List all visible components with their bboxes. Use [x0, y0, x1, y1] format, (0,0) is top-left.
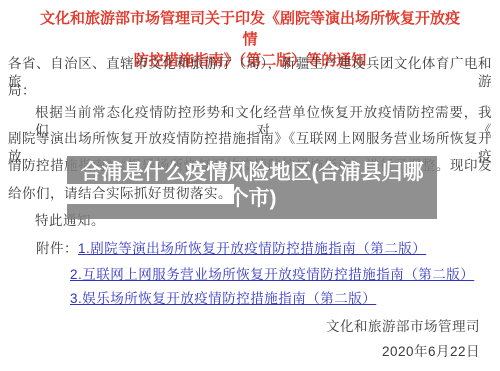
- notice-page: 文化和旅游部市场管理司关于印发《剧院等演出场所恢复开放疫情 防控措施指南》（第二…: [0, 0, 500, 371]
- attachment-link-1[interactable]: 1.剧院等演出场所恢复开放疫情防控措施指南（第二版）: [78, 241, 426, 256]
- attachment-link-2[interactable]: 2.互联网上网服务营业场所恢复开放疫情防控措施指南（第二版）: [70, 267, 474, 282]
- body-line-4-text: 给你们，请结合实际抓好贯彻落实。: [8, 184, 234, 204]
- attachments-row-1: 附件：1.剧院等演出场所恢复开放疫情防控措施指南（第二版）: [8, 240, 492, 258]
- signature-org: 文化和旅游部市场管理司: [8, 318, 492, 336]
- attachments-row-3: 3.娱乐场所恢复开放疫情防控措施指南（第二版）: [8, 290, 492, 308]
- overlay-text-line-1: 合浦是什么疫情风险地区(合浦县归哪: [67, 160, 437, 186]
- title-line-1: 文化和旅游部市场管理司关于印发《剧院等演出场所恢复开放疫情: [40, 8, 460, 50]
- salutation-line-2: 局：: [8, 82, 492, 100]
- attachment-link-3[interactable]: 3.娱乐场所恢复开放疫情防控措施指南（第二版）: [70, 291, 376, 306]
- body-line-4: 给你们，请结合实际抓好贯彻落实。: [8, 185, 492, 203]
- attachments-label: 附件：: [36, 241, 78, 256]
- signature-date: 2020年6月22日: [8, 343, 492, 361]
- attachments-row-2: 2.互联网上网服务营业场所恢复开放疫情防控措施指南（第二版）: [8, 266, 492, 284]
